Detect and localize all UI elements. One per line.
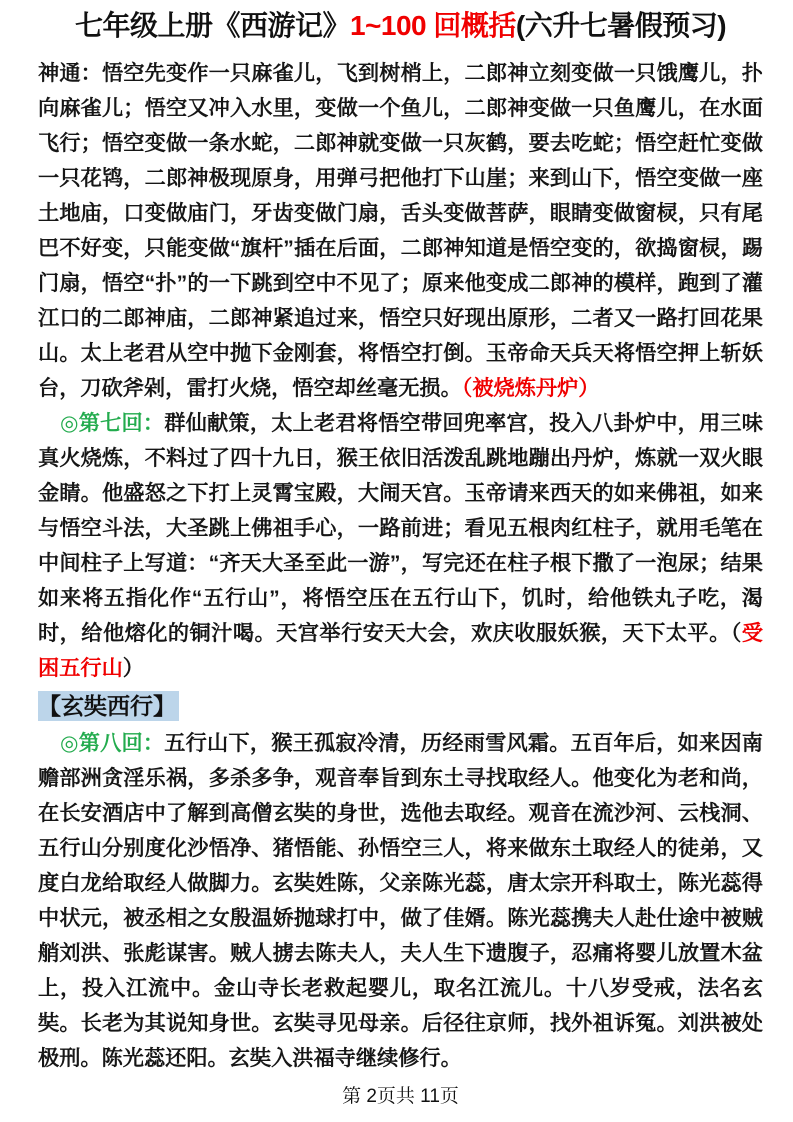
chapter7-paren-close: ）: [123, 657, 144, 680]
chapter7-paren-open: （: [731, 622, 742, 645]
chapter8-label: ◎第八回：: [60, 732, 164, 755]
paragraph-shentong-annotation: （被烧炼丹炉）: [462, 377, 600, 400]
title-chapter-range: 1~100 回概括: [350, 10, 516, 41]
document-page: 七年级上册《西游记》1~100 回概括(六升七暑假预习) 神通：悟空先变作一只麻…: [0, 0, 793, 1122]
page-title: 七年级上册《西游记》1~100 回概括(六升七暑假预习): [38, 6, 763, 46]
chapter7-body: 群仙献策，太上老君将悟空带回兜率宫，投入八卦炉中，用三味真火烧炼，不料过了四十九…: [38, 412, 763, 645]
page-footer: 第 2页共 11页: [38, 1081, 763, 1122]
paragraph-shentong-continuation: 神通：悟空先变作一只麻雀儿，飞到树梢上，二郎神立刻变做一只饿鹰儿，扑向麻雀儿；悟…: [38, 56, 763, 406]
title-subtitle: (六升七暑假预习): [516, 10, 726, 41]
chapter7-label: ◎第七回：: [60, 412, 164, 435]
chapter8-body: 五行山下，猴王孤寂冷清，历经雨雪风霜。五百年后，如来因南赡部洲贪淫乐祸，多杀多争…: [38, 732, 763, 1070]
title-grade-part: 七年级上册《西游记》: [75, 10, 350, 41]
paragraph-chapter8: ◎第八回：五行山下，猴王孤寂冷清，历经雨雪风霜。五百年后，如来因南赡部洲贪淫乐祸…: [38, 726, 763, 1076]
section-header-highlight: 【玄奘西行】: [38, 691, 179, 721]
paragraph-chapter7: ◎第七回：群仙献策，太上老君将悟空带回兜率宫，投入八卦炉中，用三味真火烧炼，不料…: [38, 406, 763, 686]
section-header-xuanzang-xixing: 【玄奘西行】: [38, 690, 763, 723]
paragraph-shentong-body: 神通：悟空先变作一只麻雀儿，飞到树梢上，二郎神立刻变做一只饿鹰儿，扑向麻雀儿；悟…: [38, 62, 763, 400]
